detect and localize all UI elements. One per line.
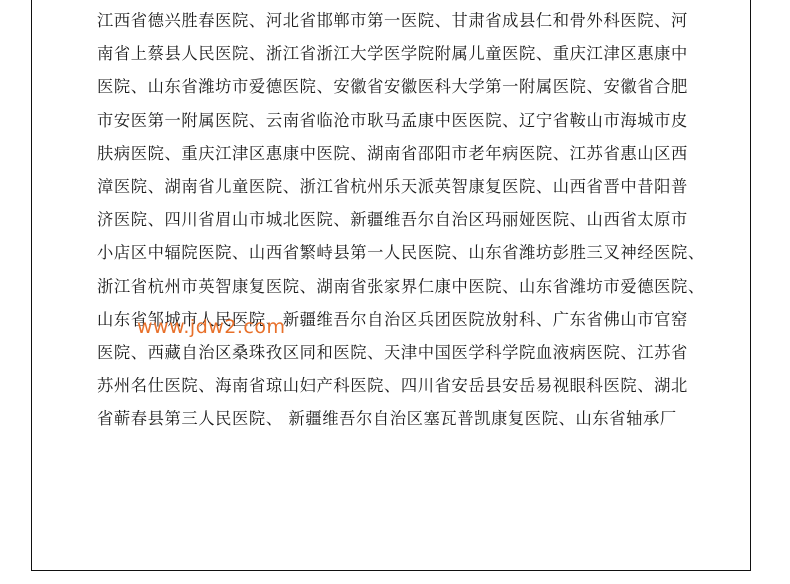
text-line: 浙江省杭州市英智康复医院、湖南省张家界仁康中医院、山东省潍坊市爱德医院、 [97,270,687,303]
text-line: 肤病医院、重庆江津区惠康中医院、湖南省邵阳市老年病医院、江苏省惠山区西 [97,137,687,170]
text-line: 漳医院、湖南省儿童医院、浙江省杭州乐天派英智康复医院、山西省晋中昔阳普 [97,170,687,203]
text-line: 小店区中辐院医院、山西省繁峙县第一人民医院、山东省潍坊彭胜三叉神经医院、 [97,236,687,269]
text-line: 医院、山东省潍坊市爱德医院、安徽省安徽医科大学第一附属医院、安徽省合肥 [97,70,687,103]
text-line: 济医院、四川省眉山市城北医院、新疆维吾尔自治区玛丽娅医院、山西省太原市 [97,203,687,236]
text-line: 苏州名仕医院、海南省琼山妇产科医院、四川省安岳县安岳易视眼科医院、湖北 [97,369,687,402]
hospital-list-paragraph: 江西省德兴胜春医院、河北省邯郸市第一医院、甘肃省成县仁和骨外科医院、河 南省上蔡… [97,4,687,435]
text-line: 江西省德兴胜春医院、河北省邯郸市第一医院、甘肃省成县仁和骨外科医院、河 [97,4,687,37]
text-line: 医院、西藏自治区桑珠孜区同和医院、天津中国医学科学院血液病医院、江苏省 [97,336,687,369]
website-watermark: www.jdw2.com [137,316,286,338]
text-line: 南省上蔡县人民医院、浙江省浙江大学医学院附属儿童医院、重庆江津区惠康中 [97,37,687,70]
text-line: 省蕲春县第三人民医院、 新疆维吾尔自治区塞瓦普凯康复医院、山东省轴承厂 [97,402,687,435]
text-line: 市安医第一附属医院、云南省临沧市耿马孟康中医医院、辽宁省鞍山市海城市皮 [97,104,687,137]
